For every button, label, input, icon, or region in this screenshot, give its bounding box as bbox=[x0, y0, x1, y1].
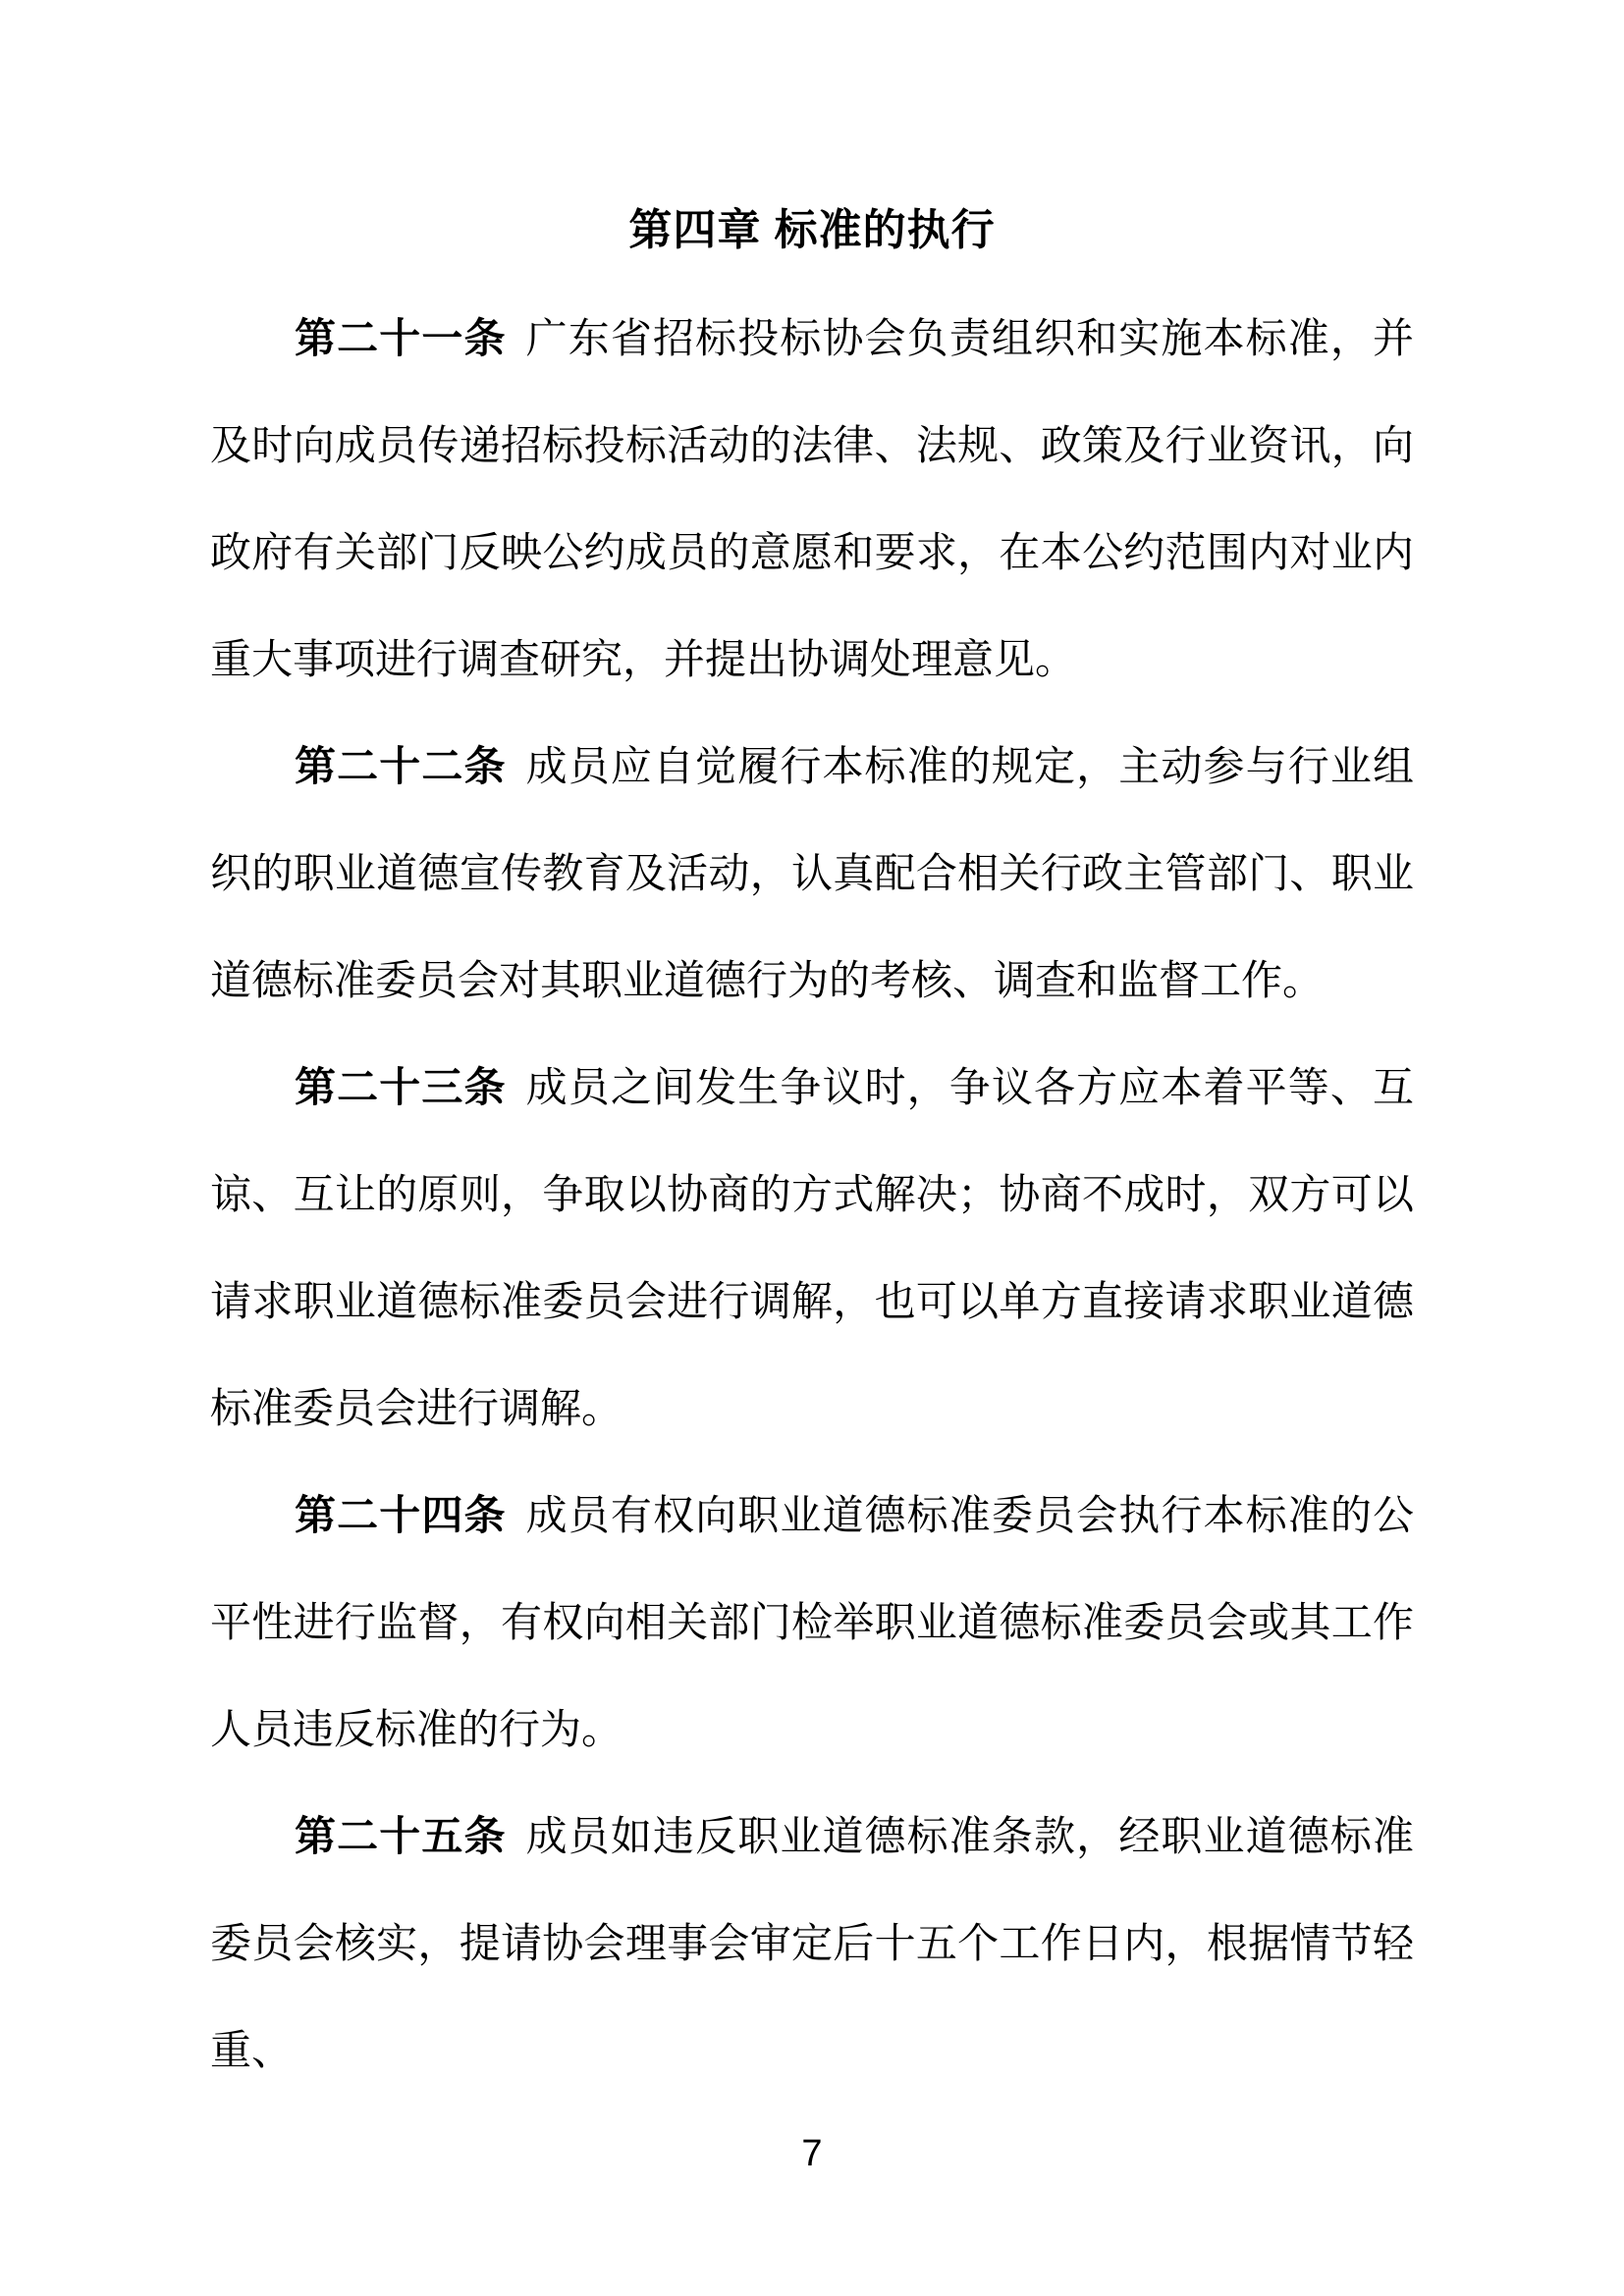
article-23-number: 第二十三条 bbox=[295, 1064, 526, 1110]
article-21-paragraph: 第二十一条广东省招标投标协会负责组织和实施本标准，并及时向成员传递招标投标活动的… bbox=[210, 285, 1414, 713]
article-22-number: 第二十二条 bbox=[295, 743, 526, 789]
article-21-text: 广东省招标投标协会负责组织和实施本标准，并及时向成员传递招标投标活动的法律、法规… bbox=[210, 315, 1414, 682]
article-23-paragraph: 第二十三条成员之间发生争议时，争议各方应本着平等、互谅、互让的原则，争取以协商的… bbox=[210, 1034, 1414, 1462]
page-number: 7 bbox=[210, 2132, 1414, 2175]
document-content: 第四章 标准的执行 第二十一条广东省招标投标协会负责组织和实施本标准，并及时向成… bbox=[210, 196, 1414, 2104]
article-24-number: 第二十四条 bbox=[295, 1492, 526, 1538]
article-25-paragraph: 第二十五条成员如违反职业道德标准条款，经职业道德标准委员会核实，提请协会理事会审… bbox=[210, 1783, 1414, 2104]
article-22-paragraph: 第二十二条成员应自觉履行本标准的规定，主动参与行业组织的职业道德宣传教育及活动，… bbox=[210, 713, 1414, 1034]
article-21-number: 第二十一条 bbox=[295, 315, 526, 361]
document-page: 第四章 标准的执行 第二十一条广东省招标投标协会负责组织和实施本标准，并及时向成… bbox=[0, 0, 1624, 2296]
article-25-number: 第二十五条 bbox=[295, 1813, 526, 1859]
article-23-text: 成员之间发生争议时，争议各方应本着平等、互谅、互让的原则，争取以协商的方式解决；… bbox=[210, 1064, 1414, 1431]
chapter-title: 第四章 标准的执行 bbox=[210, 196, 1414, 265]
article-24-paragraph: 第二十四条成员有权向职业道德标准委员会执行本标准的公平性进行监督，有权向相关部门… bbox=[210, 1462, 1414, 1783]
